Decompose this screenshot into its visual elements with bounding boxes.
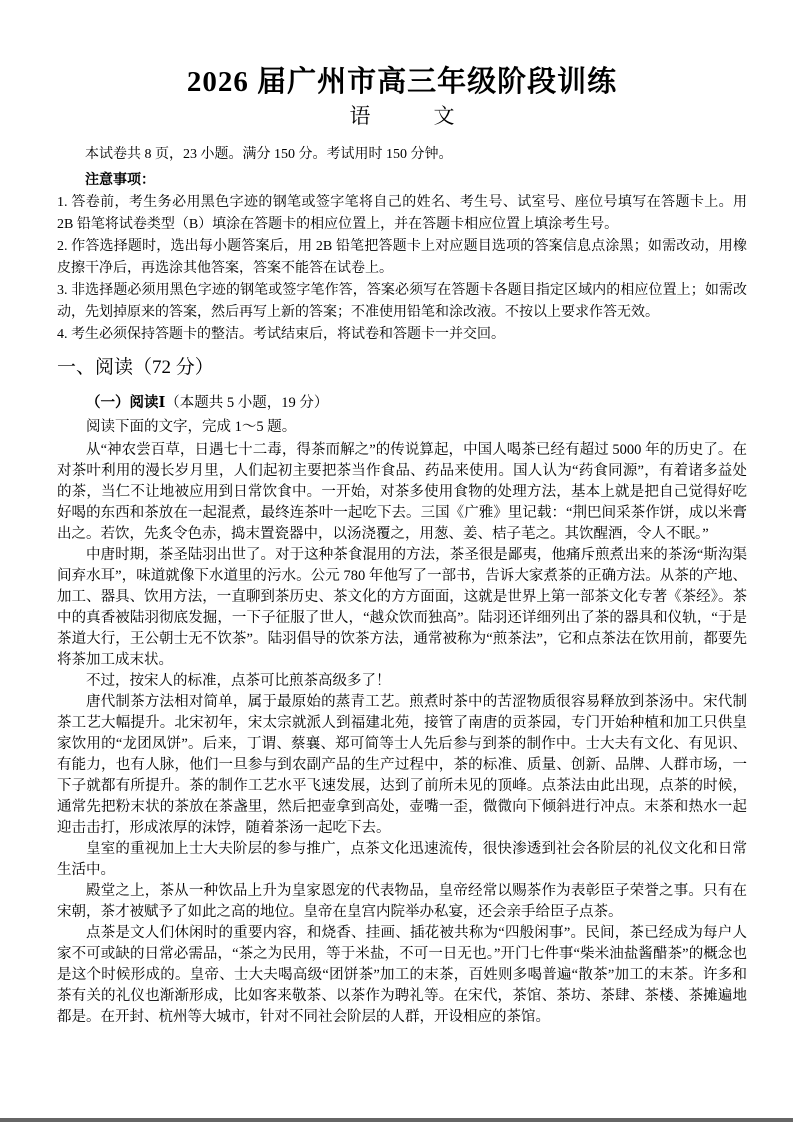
exam-info: 本试卷共 8 页，23 小题。满分 150 分。考试用时 150 分钟。 <box>57 144 747 166</box>
subsection-label: （一）阅读Ⅰ <box>86 395 165 411</box>
notice-item-4: 4. 考生必须保持答题卡的整洁。考试结束后，将试卷和答题卡一并交回。 <box>57 324 747 346</box>
notice-item-3: 3. 非选择题必须用黑色字迹的钢笔或签字笔作答，答案必须写在答题卡各题目指定区域… <box>57 280 747 324</box>
subsection-meta: （本题共 5 小题，19 分） <box>165 395 328 411</box>
reading-paragraph-2: 中唐时期，茶圣陆羽出世了。对于这种茶食混用的方法，茶圣很是鄙夷，他痛斥煎煮出来的… <box>57 545 747 671</box>
reading-paragraph-1: 从“神农尝百草，日遇七十二毒，得茶而解之”的传说算起，中国人喝茶已经有超过 50… <box>57 440 747 545</box>
page-title: 2026 届广州市高三年级阶段训练 <box>57 64 747 100</box>
reading-instruction: 阅读下面的文字，完成 1～5 题。 <box>57 416 747 438</box>
page-content: 2026 届广州市高三年级阶段训练 语 文 本试卷共 8 页，23 小题。满分 … <box>0 0 793 1028</box>
subsection-heading: （一）阅读Ⅰ（本题共 5 小题，19 分） <box>57 392 747 414</box>
section-heading: 一、阅读（72 分） <box>57 355 747 381</box>
notice-item-2: 2. 作答选择题时，选出每小题答案后，用 2B 铅笔把答题卡上对应题目选项的答案… <box>57 236 747 280</box>
notice-item-1: 1. 答卷前，考生务必用黑色字迹的钢笔或签字笔将自己的姓名、考生号、试室号、座位… <box>57 192 747 236</box>
reading-paragraph-3: 不过，按宋人的标准，点茶可比煎茶高级多了！ <box>57 671 747 692</box>
reading-paragraph-6: 殿堂之上，茶从一种饮品上升为皇家恩宠的代表物品，皇帝经常以赐茶作为表彰臣子荣誉之… <box>57 881 747 923</box>
subject-title: 语 文 <box>57 102 747 130</box>
notice-heading: 注意事项： <box>57 170 747 192</box>
exam-paper-page: 2026 届广州市高三年级阶段训练 语 文 本试卷共 8 页，23 小题。满分 … <box>0 0 793 1122</box>
reading-paragraph-5: 皇室的重视加上士大夫阶层的参与推广，点茶文化迅速流传，很快渗透到社会各阶层的礼仪… <box>57 839 747 881</box>
reading-paragraph-7: 点茶是文人们休闲时的重要内容，和烧香、挂画、插花被共称为“四般闲事”。民间，茶已… <box>57 923 747 1028</box>
page-bottom-edge <box>0 1118 793 1122</box>
reading-paragraph-4: 唐代制茶方法相对简单，属于最原始的蒸青工艺。煎煮时茶中的苦涩物质很容易释放到茶汤… <box>57 692 747 839</box>
